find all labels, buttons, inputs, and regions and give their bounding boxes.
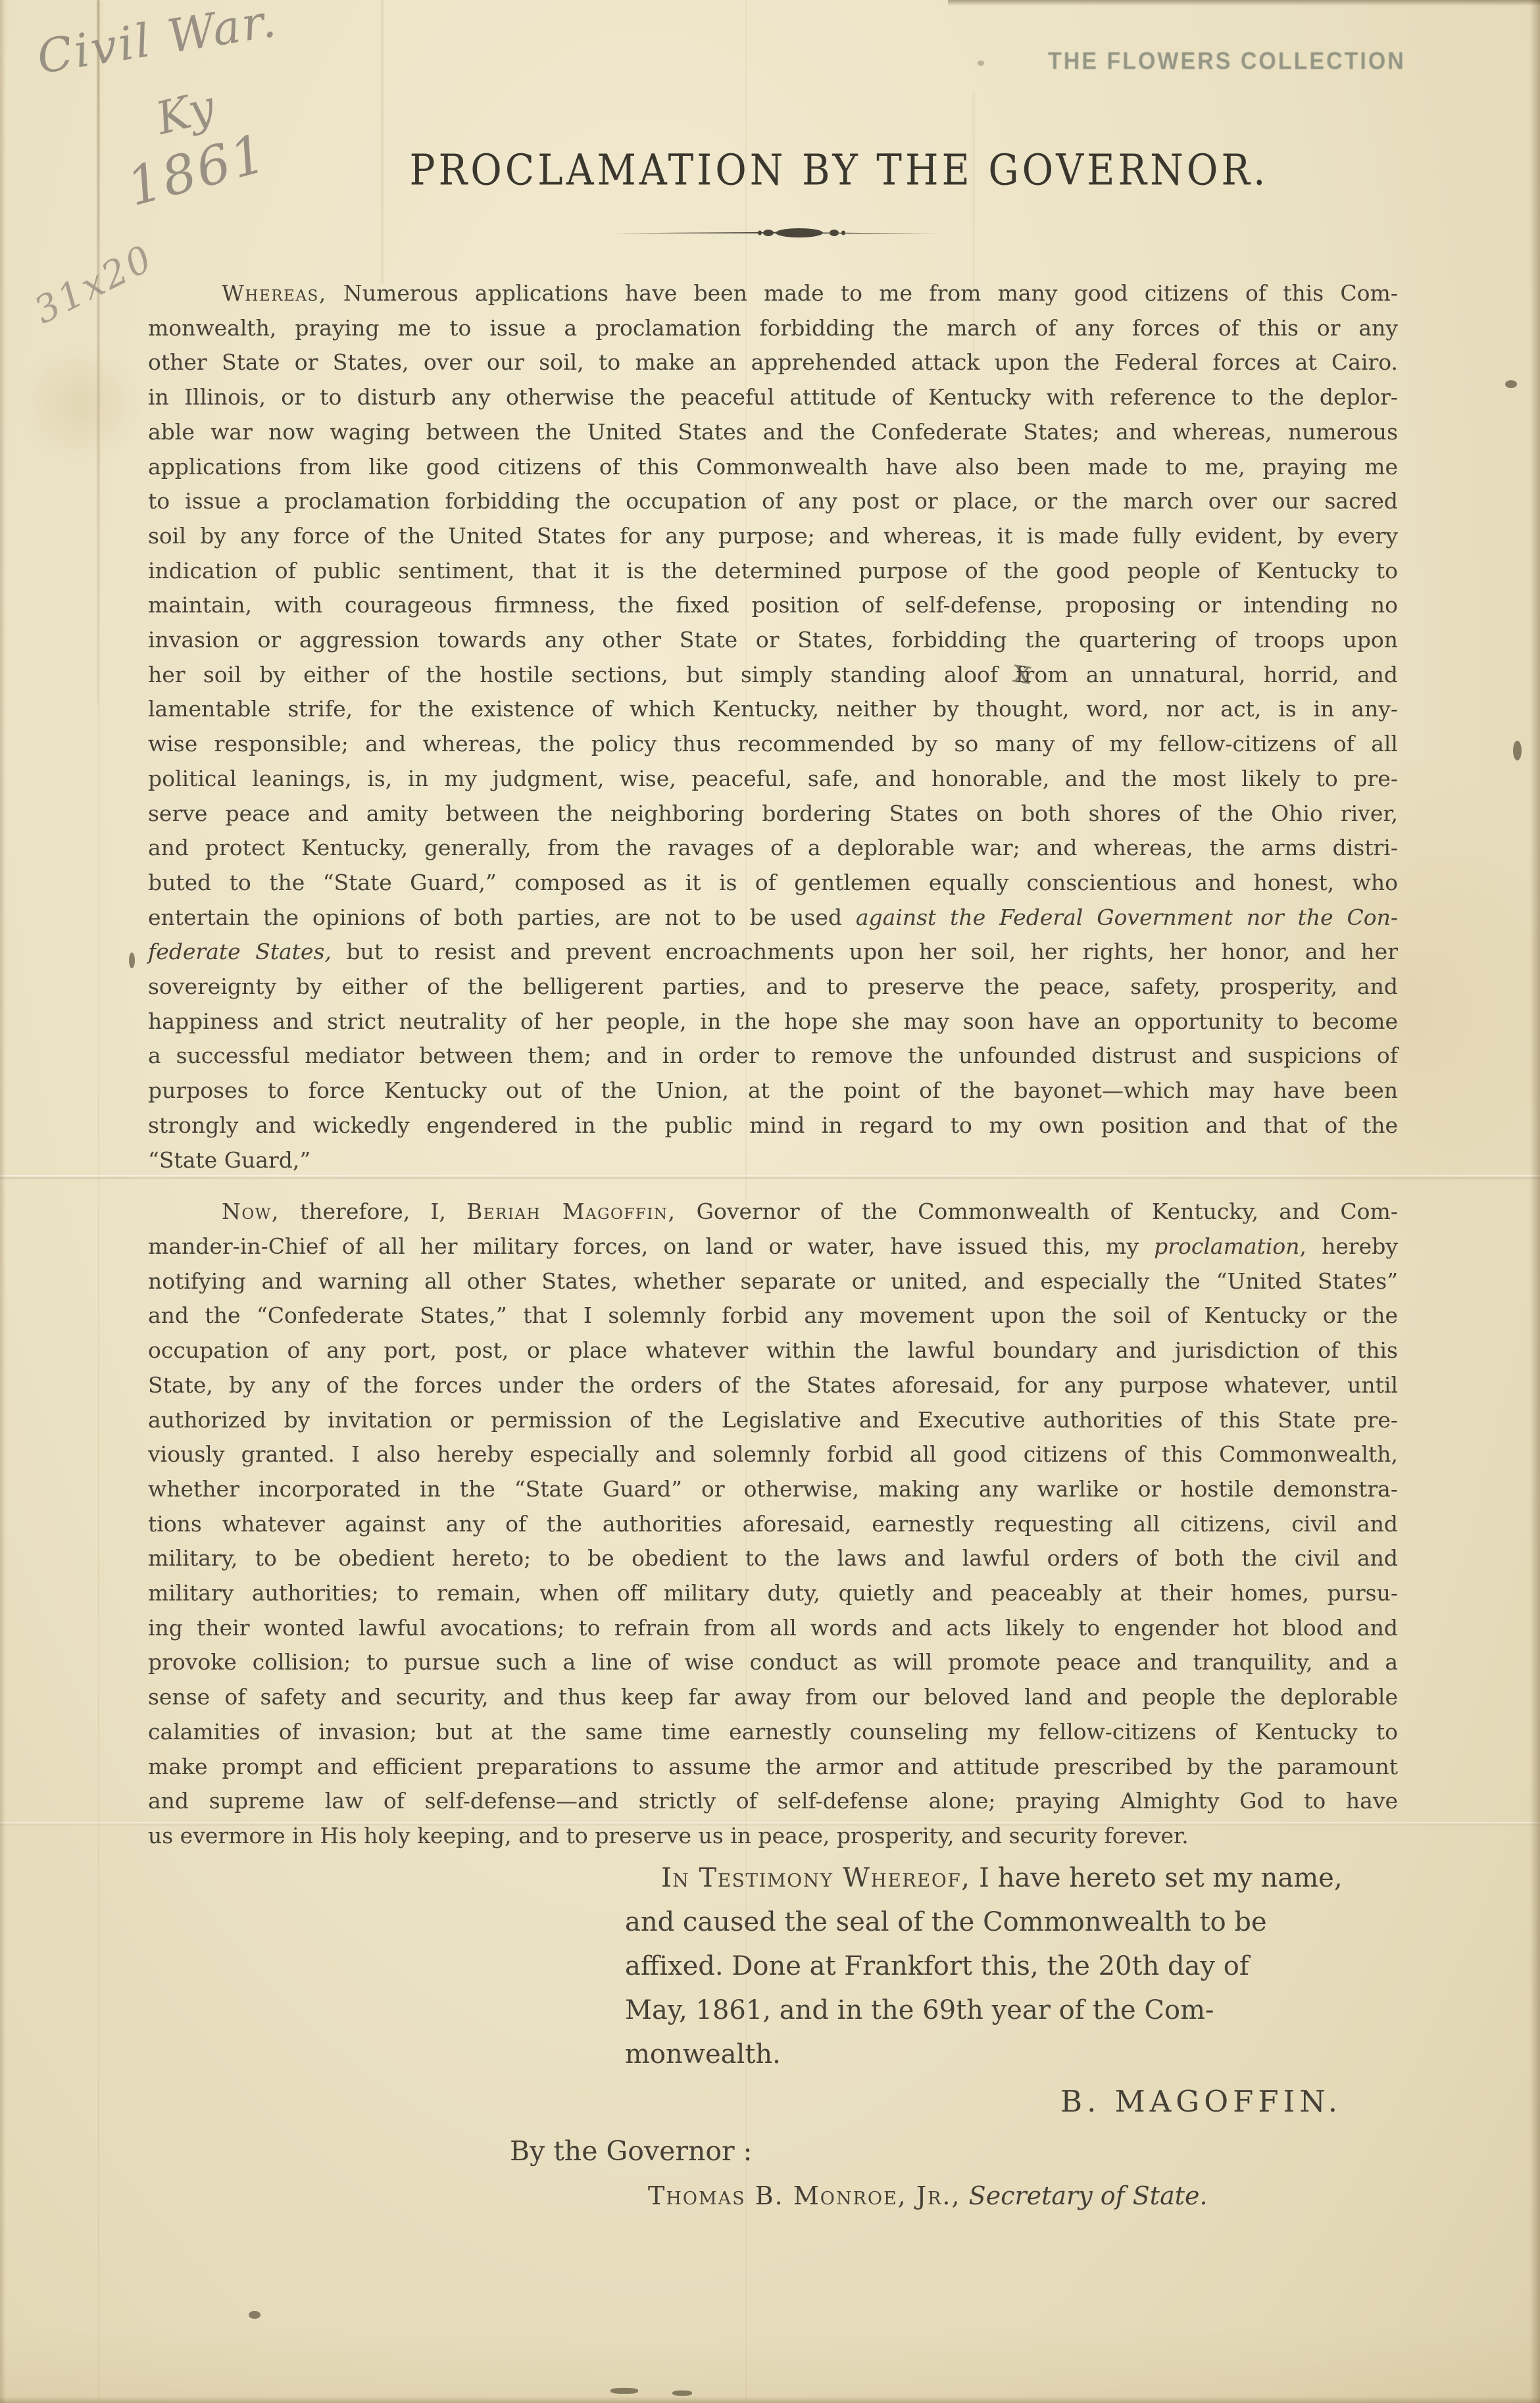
text-segment: monwealth, praying me to issue a proclam… (148, 315, 1398, 341)
text-line: to issue a proclamation forbidding the o… (148, 484, 1398, 519)
text-segment: occupation of any port, post, or place w… (148, 1337, 1398, 1363)
text-line: other State or States, over our soil, to… (148, 345, 1398, 380)
scanned-proclamation-page: Civil War. Ky 1861 31x20 x THE FLOWERS C… (0, 0, 1540, 2403)
secretary-of-state-line: Thomas B. Monroe, Jr., Secretary of Stat… (648, 2181, 1208, 2210)
decorative-divider (612, 228, 941, 238)
text-line: her soil by either of the hostile sectio… (148, 658, 1398, 693)
text-line: affixed. Done at Frankfort this, the 20t… (625, 1945, 1381, 1989)
text-line: wise responsible; and whereas, the polic… (148, 727, 1398, 762)
text-segment: to issue a proclamation forbidding the o… (148, 488, 1398, 514)
governor-signature: B. MAGOFFIN. (1060, 2084, 1342, 2119)
by-the-governor-line: By the Governor : (510, 2135, 753, 2167)
text-segment: political leanings, is, in my judgment, … (148, 766, 1398, 791)
text-line: military authorities; to remain, when of… (148, 1576, 1398, 1611)
text-segment: sovereignty by either of the belligerent… (148, 974, 1398, 999)
text-segment: , hereby (1300, 1233, 1398, 1259)
text-segment: Numerous applications have been made to … (327, 280, 1398, 306)
text-line: and supreme law of self-defense—and stri… (148, 1784, 1398, 1819)
text-line: notifying and warning all other States, … (148, 1264, 1398, 1299)
text-segment: but to resist and prevent encroachments … (332, 939, 1398, 964)
fold-crease-vertical (382, 0, 383, 283)
paper-speck (1505, 380, 1517, 388)
fold-crease-vertical (98, 704, 99, 2403)
text-line: State, by any of the forces under the or… (148, 1368, 1398, 1403)
page-edge-shading (1529, 0, 1540, 2403)
paper-speck (610, 2388, 638, 2394)
text-segment: against the Federal Government nor the C… (856, 904, 1398, 930)
text-line: whether incorporated in the “State Guard… (148, 1472, 1398, 1507)
text-line: buted to the “State Guard,” composed as … (148, 866, 1398, 901)
text-line: tions whatever against any of the author… (148, 1507, 1398, 1542)
text-line: political leanings, is, in my judgment, … (148, 762, 1398, 797)
text-line: military, to be obedient hereto; to be o… (148, 1541, 1398, 1576)
text-segment: entertain the opinions of both parties, … (148, 904, 856, 930)
paragraph-whereas: Whereas, Numerous applications have been… (148, 276, 1398, 1177)
paper-stain (0, 2329, 1540, 2403)
paper-stain (20, 342, 145, 467)
text-line: and the “Confederate States,” that I sol… (148, 1299, 1398, 1333)
text-segment: “State Guard,” (148, 1147, 310, 1173)
text-segment: Secretary of State. (969, 2181, 1208, 2210)
text-segment: maintain, with courageous firmness, the … (148, 592, 1398, 618)
text-segment: May, 1861, and in the 69th year of the C… (625, 1995, 1214, 2025)
text-line: provoke collision; to pursue such a line… (148, 1645, 1398, 1680)
text-segment: and caused the seal of the Commonwealth … (625, 1907, 1267, 1937)
text-segment: applications from like good citizens of … (148, 454, 1398, 480)
text-segment: proclamation (1154, 1233, 1299, 1259)
handwritten-note-civil-war: Civil War. (34, 0, 281, 84)
text-line: make prompt and efficient preparations t… (148, 1750, 1398, 1785)
text-line: strongly and wickedly engendered in the … (148, 1108, 1398, 1143)
text-line: invasion or aggression towards any other… (148, 623, 1398, 658)
paper-speck (249, 2311, 261, 2319)
text-segment: purposes to force Kentucky out of the Un… (148, 1078, 1398, 1103)
text-line: ing their wonted lawful avocations; to r… (148, 1611, 1398, 1646)
paper-speck (978, 61, 984, 66)
text-line: Now, therefore, I, Beriah Magoffin, Gove… (148, 1195, 1398, 1229)
text-segment: and the “Confederate States,” that I sol… (148, 1302, 1398, 1328)
text-segment: serve peace and amity between the neighb… (148, 801, 1398, 826)
text-line: entertain the opinions of both parties, … (148, 901, 1398, 935)
paper-speck (672, 2391, 692, 2396)
text-segment: provoke collision; to pursue such a line… (148, 1649, 1398, 1675)
text-line: serve peace and amity between the neighb… (148, 797, 1398, 831)
text-segment: mander-in-Chief of all her military forc… (148, 1233, 1154, 1259)
paper-speck (129, 953, 135, 968)
page-title: PROCLAMATION BY THE GOVERNOR. (69, 145, 1540, 195)
text-segment: authorized by invitation or permission o… (148, 1407, 1398, 1433)
text-segment: us evermore in His holy keeping, and to … (148, 1823, 1189, 1848)
text-segment: wise responsible; and whereas, the polic… (148, 731, 1398, 756)
text-line: sense of safety and security, and thus k… (148, 1680, 1398, 1715)
text-line: and protect Kentucky, generally, from th… (148, 831, 1398, 866)
text-segment: soil by any force of the United States f… (148, 523, 1398, 549)
text-line: in Illinois, or to disturb any otherwise… (148, 380, 1398, 415)
text-line: soil by any force of the United States f… (148, 519, 1398, 554)
text-line: us evermore in His holy keeping, and to … (148, 1819, 1398, 1854)
text-segment: able war now waging between the United S… (148, 419, 1398, 445)
text-segment: indication of public sentiment, that it … (148, 558, 1398, 583)
text-line: able war now waging between the United S… (148, 415, 1398, 450)
text-line: a successful mediator between them; and … (148, 1039, 1398, 1074)
text-line: authorized by invitation or permission o… (148, 1403, 1398, 1438)
text-line: “State Guard,” (148, 1143, 1398, 1178)
text-segment (961, 2181, 969, 2210)
text-segment: I have hereto set my name, (970, 1863, 1342, 1893)
text-segment: lamentable strife, for the existence of … (148, 696, 1398, 722)
text-line: and caused the seal of the Commonwealth … (625, 1900, 1381, 1945)
text-segment: a successful mediator between them; and … (148, 1043, 1398, 1068)
text-segment: and supreme law of self-defense—and stri… (148, 1788, 1398, 1814)
text-line: indication of public sentiment, that it … (148, 554, 1398, 589)
text-line: happiness and strict neutrality of her p… (148, 1004, 1398, 1039)
text-line: Whereas, Numerous applications have been… (148, 276, 1398, 311)
text-line: applications from like good citizens of … (148, 450, 1398, 485)
text-line: calamities of invasion; but at the same … (148, 1715, 1398, 1750)
paper-speck (1513, 741, 1522, 760)
text-segment: and protect Kentucky, generally, from th… (148, 835, 1398, 860)
text-segment: viously granted. I also hereby especiall… (148, 1441, 1398, 1467)
page-edge-shading (948, 0, 1540, 6)
text-line: In Testimony Whereof, I have hereto set … (625, 1856, 1381, 1900)
text-segment: Beriah Magoffin, (466, 1199, 676, 1224)
pencil-margin-dimensions-note: 31x20 (28, 236, 161, 332)
text-segment: other State or States, over our soil, to… (148, 349, 1398, 375)
text-line: purposes to force Kentucky out of the Un… (148, 1074, 1398, 1108)
text-segment: ing their wonted lawful avocations; to r… (148, 1615, 1398, 1641)
text-segment: Governor of the Commonwealth of Kentucky… (676, 1199, 1398, 1224)
text-line: sovereignty by either of the belligerent… (148, 970, 1398, 1004)
text-segment: State, by any of the forces under the or… (148, 1372, 1398, 1398)
text-segment: monwealth. (625, 2039, 781, 2069)
collection-stamp: THE FLOWERS COLLECTION (1048, 47, 1406, 75)
text-segment: sense of safety and security, and thus k… (148, 1684, 1398, 1710)
text-segment: affixed. Done at Frankfort this, the 20t… (625, 1951, 1249, 1981)
page-edge-shading (0, 2396, 1540, 2403)
paragraph-now-therefore: Now, therefore, I, Beriah Magoffin, Gove… (148, 1195, 1398, 1853)
text-segment: Now, (222, 1199, 280, 1224)
text-segment: happiness and strict neutrality of her p… (148, 1008, 1398, 1034)
text-segment: in Illinois, or to disturb any otherwise… (148, 384, 1398, 410)
text-line: May, 1861, and in the 69th year of the C… (625, 1989, 1381, 2033)
text-segment: buted to the “State Guard,” composed as … (148, 870, 1398, 895)
text-segment: tions whatever against any of the author… (148, 1511, 1398, 1537)
text-segment: military, to be obedient hereto; to be o… (148, 1545, 1398, 1571)
text-segment: invasion or aggression towards any other… (148, 627, 1398, 653)
proclamation-body: Whereas, Numerous applications have been… (148, 276, 1398, 1854)
text-segment: Thomas B. Monroe, Jr., (648, 2181, 961, 2210)
text-segment: whether incorporated in the “State Guard… (148, 1476, 1398, 1502)
text-segment: notifying and warning all other States, … (148, 1268, 1398, 1294)
text-line: maintain, with courageous firmness, the … (148, 588, 1398, 623)
text-line: federate States, but to resist and preve… (148, 935, 1398, 970)
text-line: lamentable strife, for the existence of … (148, 692, 1398, 727)
text-segment: federate States, (148, 939, 332, 964)
text-segment: Whereas, (222, 280, 327, 306)
page-edge-shading (0, 0, 6, 2403)
text-line: mander-in-Chief of all her military forc… (148, 1229, 1398, 1264)
text-line: viously granted. I also hereby especiall… (148, 1437, 1398, 1472)
text-segment: strongly and wickedly engendered in the … (148, 1112, 1398, 1138)
text-segment: therefore, I, (280, 1199, 466, 1224)
testimony-block: In Testimony Whereof, I have hereto set … (625, 1856, 1381, 2077)
text-segment: her soil by either of the hostile sectio… (148, 662, 1398, 687)
fold-crease-vertical (97, 0, 99, 704)
text-segment: military authorities; to remain, when of… (148, 1580, 1398, 1606)
text-segment: make prompt and efficient preparations t… (148, 1754, 1398, 1779)
text-line: monwealth. (625, 2033, 1381, 2077)
text-segment: calamities of invasion; but at the same … (148, 1719, 1398, 1745)
text-line: occupation of any port, post, or place w… (148, 1333, 1398, 1368)
text-segment: In Testimony Whereof, (661, 1863, 970, 1893)
text-line: monwealth, praying me to issue a proclam… (148, 311, 1398, 346)
